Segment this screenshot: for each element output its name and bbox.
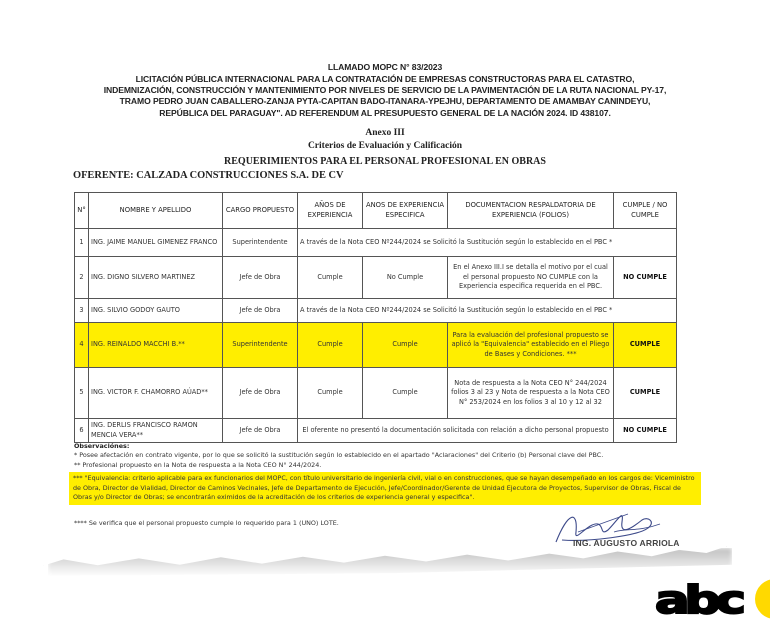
row-role: Superintendente [223, 323, 298, 368]
signatory-name: ING. AUGUSTO ARRIOLA [573, 538, 680, 548]
annex-label: Anexo III [43, 128, 727, 138]
header-role: CARGO PROPUESTO [223, 193, 298, 229]
row-num: 2 [75, 257, 89, 299]
table-row: 6 ING. DERLIS FRANCISCO RAMON MENCIA VER… [75, 419, 677, 443]
header-years: AÑOS DE EXPERIENCIA [298, 193, 363, 229]
table-row: 3 ING. SILVIO GODOY GAUTO Jefe de Obra A… [75, 299, 677, 323]
header-years-specific: ANOS DE EXPERIENCIA ESPECIFICA [363, 193, 448, 229]
header-result: CUMPLE / NO CUMPLE [614, 193, 677, 229]
heading-line: INDEMNIZACIÓN, CONSTRUCCIÓN Y MANTENIMIE… [43, 85, 727, 96]
row-num: 6 [75, 419, 89, 443]
row-merged-note: A través de la Nota CEO Nº244/2024 se So… [298, 299, 677, 323]
row-result: CUMPLE [614, 323, 677, 368]
row-years-specific: Cumple [363, 368, 448, 419]
document-title: LLAMADO MOPC N° 83/2023 [43, 62, 727, 73]
observation-note-highlighted: *** "Equivalencia: criterio aplicable pa… [69, 472, 701, 505]
row-name: ING. REINALDO MACCHI B.** [89, 323, 223, 368]
heading-line: TRAMO PEDRO JUAN CABALLERO-ZANJA PYTA-CA… [43, 96, 727, 107]
row-merged-note: El oferente no presentó la documentación… [298, 419, 614, 443]
row-role: Jefe de Obra [223, 419, 298, 443]
abc-logo-dot-icon [755, 579, 770, 619]
row-merged-note: A través de la Nota CEO Nº244/2024 se So… [298, 229, 677, 257]
row-role: Jefe de Obra [223, 257, 298, 299]
row-role: Jefe de Obra [223, 299, 298, 323]
header-name: NOMBRE Y APELLIDO [89, 193, 223, 229]
personnel-table: N° NOMBRE Y APELLIDO CARGO PROPUESTO AÑO… [74, 192, 677, 443]
table-row: 2 ING. DIGNO SILVERO MARTINEZ Jefe de Ob… [75, 257, 677, 299]
heading-line: LICITACIÓN PÚBLICA INTERNACIONAL PARA LA… [43, 74, 727, 85]
row-num: 5 [75, 368, 89, 419]
row-num: 3 [75, 299, 89, 323]
row-result: NO CUMPLE [614, 257, 677, 299]
header-docs: DOCUMENTACION RESPALDATORIA DE EXPERIENC… [448, 193, 614, 229]
table-row: 5 ING. VICTOR F. CHAMORRO AÚAD** Jefe de… [75, 368, 677, 419]
row-name: ING. JAIME MANUEL GIMENEZ FRANCO [89, 229, 223, 257]
row-role: Superintendente [223, 229, 298, 257]
row-years: Cumple [298, 323, 363, 368]
table-row-highlighted: 4 ING. REINALDO MACCHI B.** Superintende… [75, 323, 677, 368]
abc-logo: abc [655, 580, 741, 620]
header-num: N° [75, 193, 89, 229]
row-name: ING. DERLIS FRANCISCO RAMON MENCIA VERA*… [89, 419, 223, 443]
row-num: 1 [75, 229, 89, 257]
observation-note: * Posee afectación en contrato vigente, … [74, 451, 714, 461]
row-docs: Nota de respuesta a la Nota CEO N° 244/2… [448, 368, 614, 419]
row-years-specific: No Cumple [363, 257, 448, 299]
document-heading: LICITACIÓN PÚBLICA INTERNACIONAL PARA LA… [43, 74, 727, 119]
row-num: 4 [75, 323, 89, 368]
row-years-specific: Cumple [363, 323, 448, 368]
heading-line: REPÚBLICA DEL PARAGUAY". AD REFERENDUM A… [43, 108, 727, 119]
table-row: 1 ING. JAIME MANUEL GIMENEZ FRANCO Super… [75, 229, 677, 257]
row-years: Cumple [298, 368, 363, 419]
row-docs: En el Anexo III.I se detalla el motivo p… [448, 257, 614, 299]
criteria-label: Criterios de Evaluación y Calificación [43, 141, 727, 151]
observation-note: ** Profesional propuesto en la Nota de r… [74, 461, 714, 471]
bidder-name: OFERENTE: CALZADA CONSTRUCCIONES S.A. DE… [73, 170, 344, 181]
requirements-title: REQUERIMIENTOS PARA EL PERSONAL PROFESIO… [43, 156, 727, 167]
row-name: ING. SILVIO GODOY GAUTO [89, 299, 223, 323]
row-name: ING. VICTOR F. CHAMORRO AÚAD** [89, 368, 223, 419]
row-docs: Para la evaluación del profesional propu… [448, 323, 614, 368]
row-result: CUMPLE [614, 368, 677, 419]
row-result: NO CUMPLE [614, 419, 677, 443]
row-years: Cumple [298, 257, 363, 299]
row-role: Jefe de Obra [223, 368, 298, 419]
table-header-row: N° NOMBRE Y APELLIDO CARGO PROPUESTO AÑO… [75, 193, 677, 229]
row-name: ING. DIGNO SILVERO MARTINEZ [89, 257, 223, 299]
scanned-document: LLAMADO MOPC N° 83/2023 LICITACIÓN PÚBLI… [43, 40, 727, 570]
